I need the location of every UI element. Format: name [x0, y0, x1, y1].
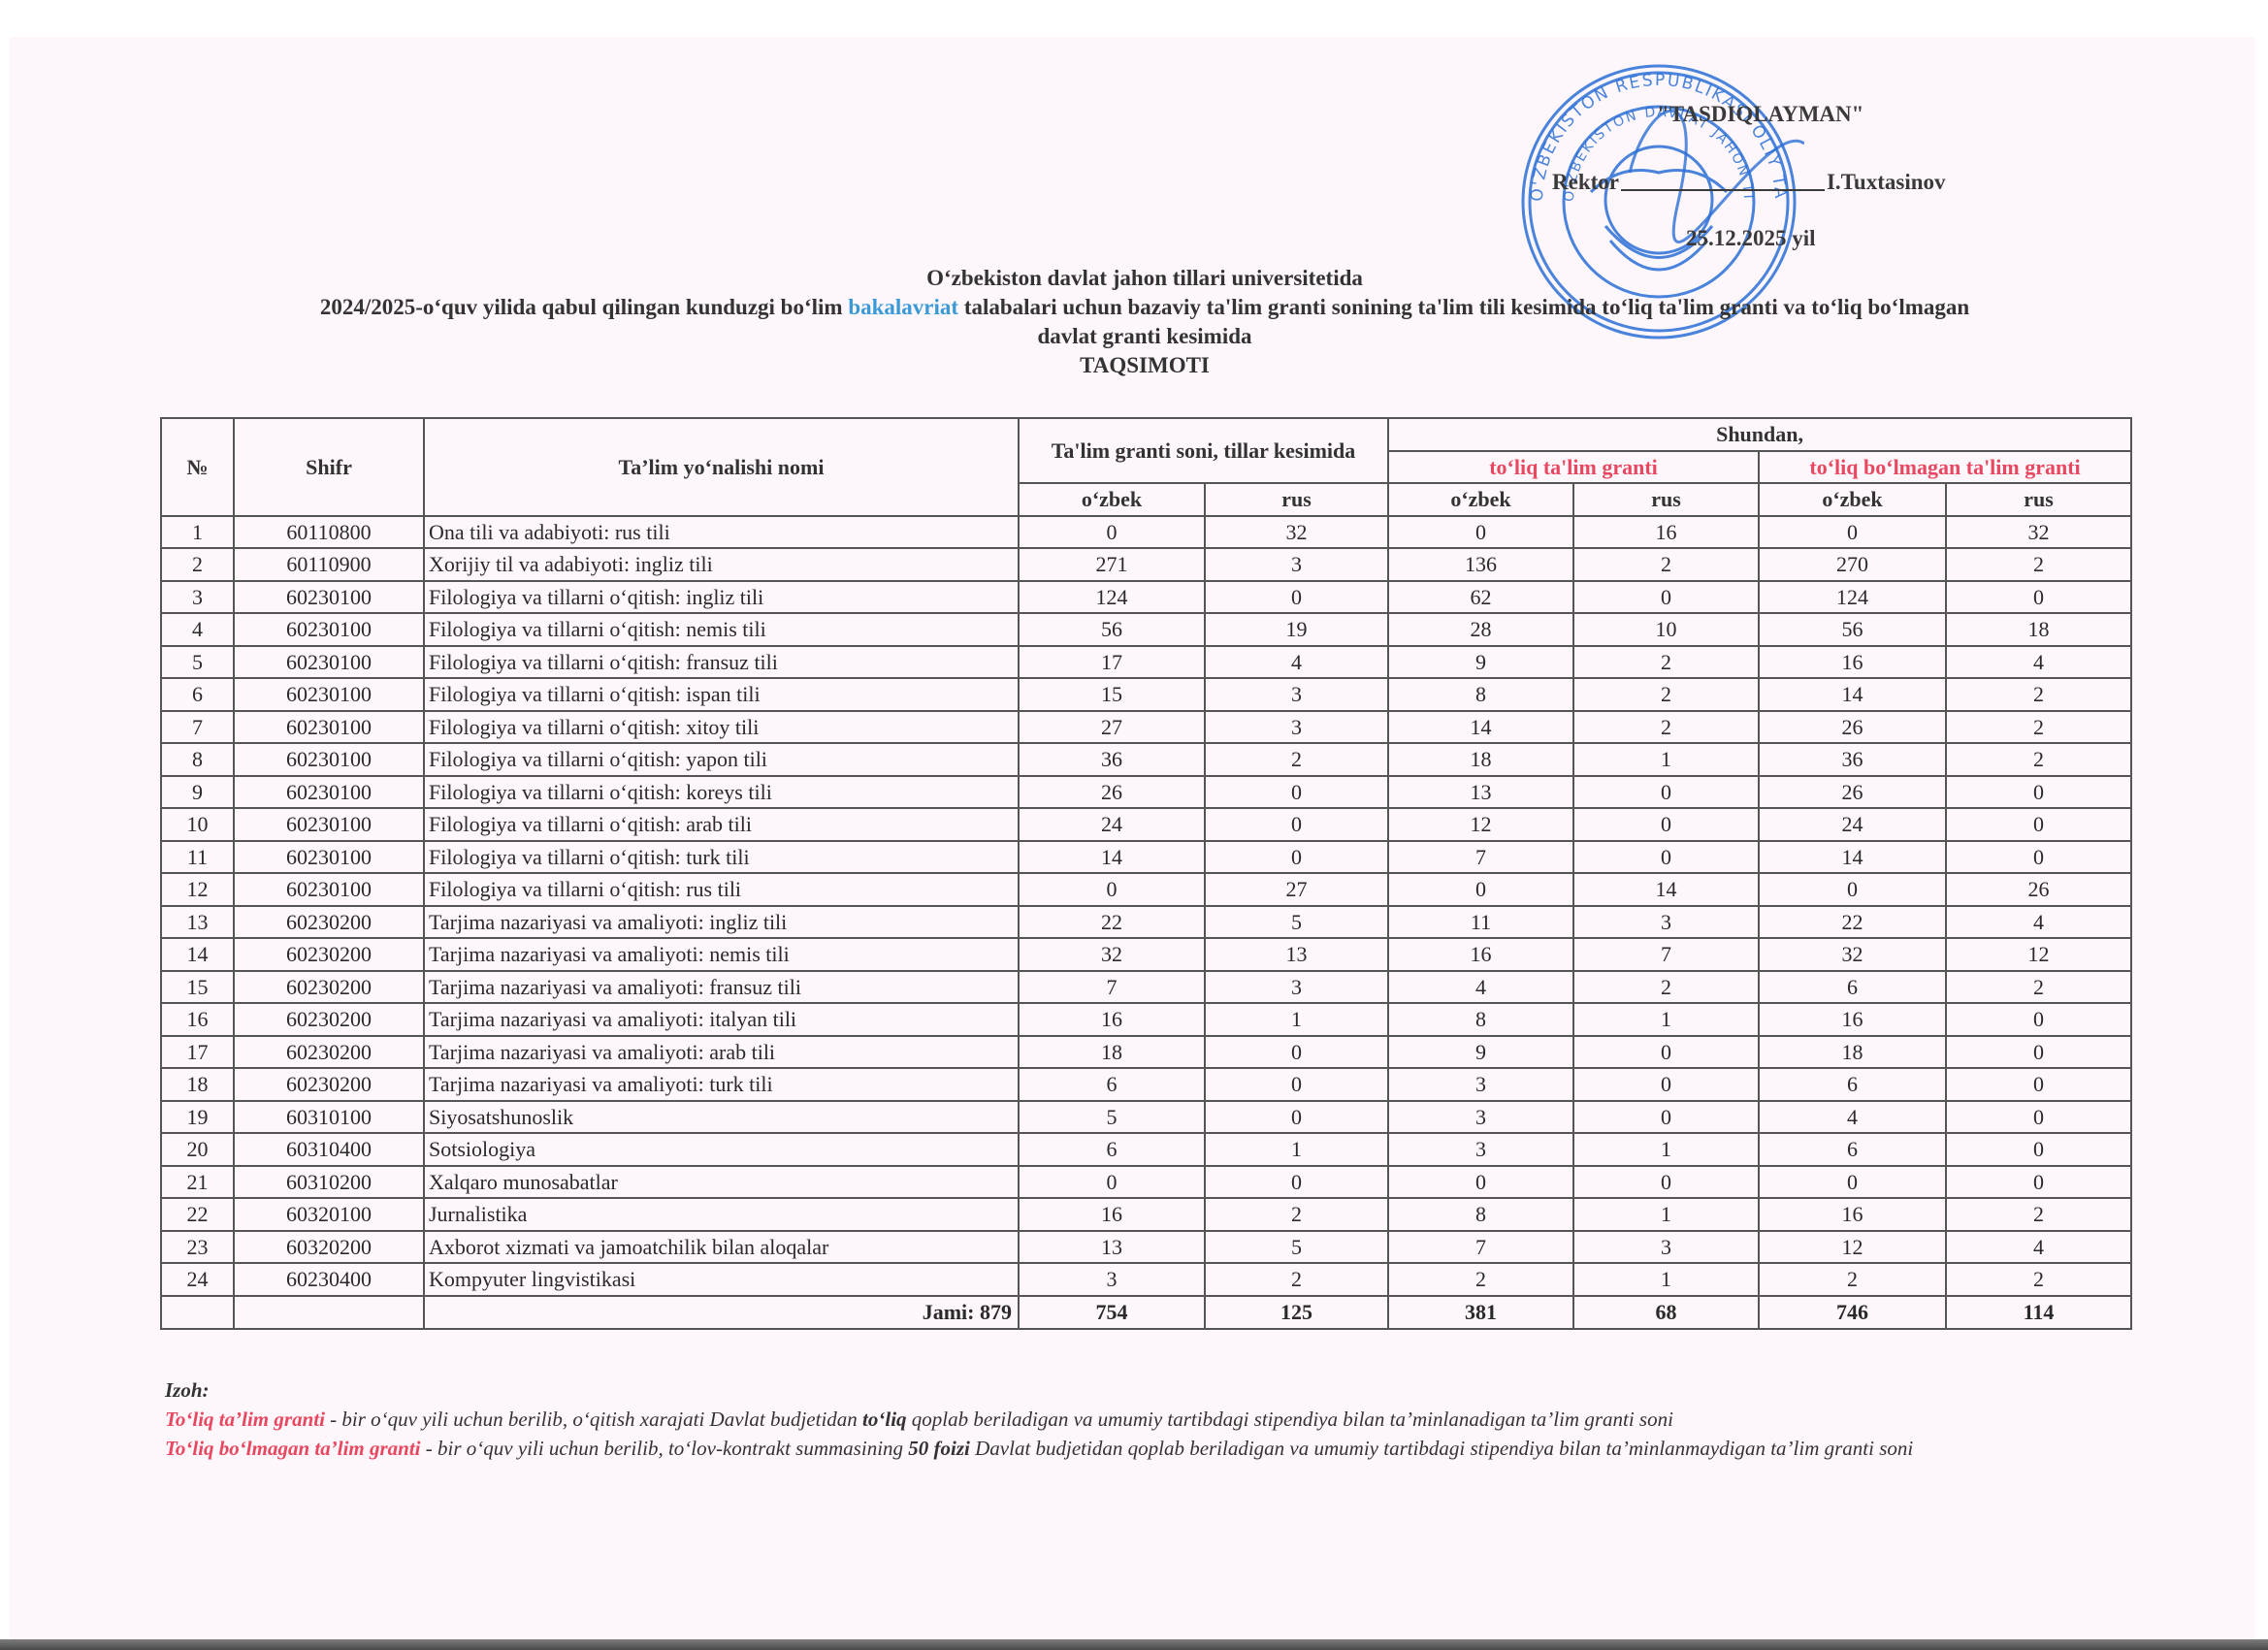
- cell-full-uz: 12: [1388, 808, 1573, 841]
- cell-tot-uz: 5: [1019, 1101, 1205, 1134]
- cell-part-ru: 0: [1946, 1036, 2131, 1069]
- table-row: 2260320100Jurnalistika16281162: [161, 1198, 2131, 1231]
- row-name: Filologiya va tillarni o‘qitish: koreys …: [424, 776, 1019, 809]
- cell-tot-ru: 0: [1205, 841, 1388, 874]
- row-num: 20: [161, 1133, 234, 1166]
- cell-part-ru: 0: [1946, 581, 2131, 614]
- cell-full-uz: 11: [1388, 906, 1573, 939]
- row-code: 60230200: [234, 1003, 424, 1036]
- row-code: 60310400: [234, 1133, 424, 1166]
- scanner-edge: [0, 1639, 2268, 1650]
- row-name: Jurnalistika: [424, 1198, 1019, 1231]
- cell-part-uz: 16: [1759, 1198, 1946, 1231]
- cell-part-uz: 4: [1759, 1101, 1946, 1134]
- cell-part-uz: 0: [1759, 873, 1946, 906]
- row-name: Tarjima nazariyasi va amaliyoti: italyan…: [424, 1003, 1019, 1036]
- header-num: №: [161, 418, 234, 516]
- cell-part-ru: 0: [1946, 1101, 2131, 1134]
- row-name: Xorijiy til va adabiyoti: ingliz tili: [424, 548, 1019, 581]
- total-row: Jami: 87975412538168746114: [161, 1296, 2131, 1329]
- total-tot-uz: 754: [1019, 1296, 1205, 1329]
- row-name: Filologiya va tillarni o‘qitish: xitoy t…: [424, 711, 1019, 744]
- table-row: 1160230100Filologiya va tillarni o‘qitis…: [161, 841, 2131, 874]
- cell-full-uz: 9: [1388, 1036, 1573, 1069]
- cell-tot-uz: 16: [1019, 1198, 1205, 1231]
- cell-tot-ru: 0: [1205, 1166, 1388, 1199]
- row-num: 9: [161, 776, 234, 809]
- grant-distribution-table: № Shifr Ta’lim yo‘nalishi nomi Ta'lim gr…: [160, 417, 2132, 1330]
- row-code: 60230100: [234, 808, 424, 841]
- cell-tot-uz: 0: [1019, 516, 1205, 549]
- cell-tot-uz: 26: [1019, 776, 1205, 809]
- total-full-ru: 68: [1573, 1296, 1759, 1329]
- table-row: 2360320200Axborot xizmati va jamoatchili…: [161, 1231, 2131, 1264]
- cell-part-ru: 2: [1946, 548, 2131, 581]
- table-row: 2060310400Sotsiologiya613160: [161, 1133, 2131, 1166]
- cell-part-ru: 26: [1946, 873, 2131, 906]
- table-row: 1060230100Filologiya va tillarni o‘qitis…: [161, 808, 2131, 841]
- row-code: 60230100: [234, 678, 424, 711]
- cell-part-ru: 0: [1946, 776, 2131, 809]
- document-heading: O‘zbekiston davlat jahon tillari univers…: [155, 264, 2134, 380]
- row-num: 12: [161, 873, 234, 906]
- cell-tot-ru: 3: [1205, 971, 1388, 1004]
- cell-full-ru: 7: [1573, 938, 1759, 971]
- cell-tot-ru: 2: [1205, 1263, 1388, 1296]
- table-row: 1660230200Tarjima nazariyasi va amaliyot…: [161, 1003, 2131, 1036]
- cell-tot-uz: 22: [1019, 906, 1205, 939]
- row-name: Filologiya va tillarni o‘qitish: arab ti…: [424, 808, 1019, 841]
- row-code: 60110800: [234, 516, 424, 549]
- approval-position: Rektor: [1552, 170, 1619, 194]
- heading-highlight: bakalavriat: [848, 295, 958, 319]
- table-row: 760230100Filologiya va tillarni o‘qitish…: [161, 711, 2131, 744]
- cell-full-uz: 3: [1388, 1101, 1573, 1134]
- cell-tot-uz: 32: [1019, 938, 1205, 971]
- row-num: 8: [161, 743, 234, 776]
- cell-full-uz: 3: [1388, 1068, 1573, 1101]
- cell-tot-ru: 4: [1205, 646, 1388, 679]
- approval-title: "TASDIQLAYMAN": [1657, 102, 1863, 127]
- cell-tot-ru: 5: [1205, 1231, 1388, 1264]
- notes-section: Izoh: To‘liq ta’lim granti - bir o‘quv y…: [165, 1375, 2144, 1463]
- cell-tot-uz: 7: [1019, 971, 1205, 1004]
- cell-part-ru: 0: [1946, 1133, 2131, 1166]
- row-name: Filologiya va tillarni o‘qitish: turk ti…: [424, 841, 1019, 874]
- cell-full-uz: 9: [1388, 646, 1573, 679]
- row-code: 60230100: [234, 841, 424, 874]
- cell-part-ru: 2: [1946, 971, 2131, 1004]
- cell-tot-ru: 0: [1205, 776, 1388, 809]
- note-partial-text-2: Davlat budjetidan qoplab beriladigan va …: [970, 1437, 1913, 1460]
- cell-full-uz: 136: [1388, 548, 1573, 581]
- row-name: Tarjima nazariyasi va amaliyoti: arab ti…: [424, 1036, 1019, 1069]
- row-num: 3: [161, 581, 234, 614]
- cell-tot-uz: 17: [1019, 646, 1205, 679]
- table-row: 2460230400Kompyuter lingvistikasi322122: [161, 1263, 2131, 1296]
- cell-part-ru: 0: [1946, 808, 2131, 841]
- cell-full-uz: 13: [1388, 776, 1573, 809]
- cell-part-uz: 24: [1759, 808, 1946, 841]
- row-code: 60110900: [234, 548, 424, 581]
- cell-part-ru: 2: [1946, 678, 2131, 711]
- total-label: Jami: 879: [424, 1296, 1019, 1329]
- row-num: 13: [161, 906, 234, 939]
- header-partial-uz: o‘zbek: [1759, 483, 1946, 516]
- cell-tot-ru: 2: [1205, 743, 1388, 776]
- cell-full-ru: 10: [1573, 613, 1759, 646]
- cell-full-ru: 0: [1573, 1101, 1759, 1134]
- table-row: 1760230200Tarjima nazariyasi va amaliyot…: [161, 1036, 2131, 1069]
- cell-full-uz: 7: [1388, 841, 1573, 874]
- row-name: Tarjima nazariyasi va amaliyoti: turk ti…: [424, 1068, 1019, 1101]
- cell-full-uz: 0: [1388, 1166, 1573, 1199]
- cell-tot-uz: 14: [1019, 841, 1205, 874]
- header-partial-ru: rus: [1946, 483, 2131, 516]
- row-code: 60230200: [234, 906, 424, 939]
- table-row: 860230100Filologiya va tillarni o‘qitish…: [161, 743, 2131, 776]
- row-code: 60320200: [234, 1231, 424, 1264]
- cell-tot-uz: 27: [1019, 711, 1205, 744]
- row-name: Sotsiologiya: [424, 1133, 1019, 1166]
- row-num: 10: [161, 808, 234, 841]
- cell-full-ru: 16: [1573, 516, 1759, 549]
- row-num: 21: [161, 1166, 234, 1199]
- row-num: 11: [161, 841, 234, 874]
- notes-title: Izoh:: [165, 1375, 2144, 1405]
- cell-tot-ru: 5: [1205, 906, 1388, 939]
- cell-full-uz: 4: [1388, 971, 1573, 1004]
- cell-tot-ru: 32: [1205, 516, 1388, 549]
- row-name: Filologiya va tillarni o‘qitish: rus til…: [424, 873, 1019, 906]
- row-num: 15: [161, 971, 234, 1004]
- heading-line-2: 2024/2025-o‘quv yilida qabul qilingan ku…: [155, 293, 2134, 322]
- note-full-text-1: - bir o‘quv yili uchun berilib, o‘qitish…: [325, 1407, 862, 1431]
- cell-tot-uz: 0: [1019, 873, 1205, 906]
- table-row: 1360230200Tarjima nazariyasi va amaliyot…: [161, 906, 2131, 939]
- cell-tot-uz: 24: [1019, 808, 1205, 841]
- header-full-ru: rus: [1573, 483, 1759, 516]
- cell-full-ru: 0: [1573, 1068, 1759, 1101]
- cell-part-uz: 0: [1759, 1166, 1946, 1199]
- cell-part-ru: 0: [1946, 1068, 2131, 1101]
- cell-full-uz: 3: [1388, 1133, 1573, 1166]
- cell-part-uz: 22: [1759, 906, 1946, 939]
- table-row: 1460230200Tarjima nazariyasi va amaliyot…: [161, 938, 2131, 971]
- row-code: 60310200: [234, 1166, 424, 1199]
- table-row: 360230100Filologiya va tillarni o‘qitish…: [161, 581, 2131, 614]
- cell-part-uz: 26: [1759, 711, 1946, 744]
- cell-tot-ru: 1: [1205, 1003, 1388, 1036]
- row-name: Tarjima nazariyasi va amaliyoti: fransuz…: [424, 971, 1019, 1004]
- cell-full-ru: 2: [1573, 548, 1759, 581]
- cell-tot-uz: 56: [1019, 613, 1205, 646]
- cell-part-ru: 0: [1946, 841, 2131, 874]
- cell-full-uz: 0: [1388, 873, 1573, 906]
- note-full-bold: to‘liq: [862, 1407, 907, 1431]
- cell-full-uz: 16: [1388, 938, 1573, 971]
- cell-full-uz: 28: [1388, 613, 1573, 646]
- cell-part-ru: 12: [1946, 938, 2131, 971]
- cell-tot-ru: 0: [1205, 1068, 1388, 1101]
- cell-tot-uz: 271: [1019, 548, 1205, 581]
- row-code: 60310100: [234, 1101, 424, 1134]
- cell-full-uz: 2: [1388, 1263, 1573, 1296]
- header-partial-grant: to‘liq bo‘lmagan ta'lim granti: [1759, 451, 2131, 484]
- cell-part-ru: 4: [1946, 1231, 2131, 1264]
- row-code: 60230200: [234, 938, 424, 971]
- row-code: 60230100: [234, 743, 424, 776]
- table-row: 560230100Filologiya va tillarni o‘qitish…: [161, 646, 2131, 679]
- signature-line: [1621, 189, 1825, 191]
- cell-part-uz: 14: [1759, 841, 1946, 874]
- row-code: 60230200: [234, 1036, 424, 1069]
- cell-tot-uz: 3: [1019, 1263, 1205, 1296]
- row-name: Kompyuter lingvistikasi: [424, 1263, 1019, 1296]
- cell-full-uz: 8: [1388, 1198, 1573, 1231]
- cell-full-uz: 8: [1388, 678, 1573, 711]
- cell-full-ru: 1: [1573, 1133, 1759, 1166]
- cell-full-uz: 18: [1388, 743, 1573, 776]
- cell-part-uz: 36: [1759, 743, 1946, 776]
- cell-tot-ru: 2: [1205, 1198, 1388, 1231]
- table-row: 960230100Filologiya va tillarni o‘qitish…: [161, 776, 2131, 809]
- cell-full-ru: 2: [1573, 971, 1759, 1004]
- row-code: 60230100: [234, 613, 424, 646]
- note-partial-grant: To‘liq bo‘lmagan ta’lim granti - bir o‘q…: [165, 1434, 2144, 1463]
- table-row: 1960310100Siyosatshunoslik503040: [161, 1101, 2131, 1134]
- cell-part-uz: 6: [1759, 1133, 1946, 1166]
- table-row: 460230100Filologiya va tillarni o‘qitish…: [161, 613, 2131, 646]
- cell-part-ru: 4: [1946, 906, 2131, 939]
- cell-tot-ru: 13: [1205, 938, 1388, 971]
- row-num: 7: [161, 711, 234, 744]
- row-num: 5: [161, 646, 234, 679]
- table-row: 660230100Filologiya va tillarni o‘qitish…: [161, 678, 2131, 711]
- cell-tot-ru: 1: [1205, 1133, 1388, 1166]
- note-full-text-2: qoplab beriladigan va umumiy tartibdagi …: [907, 1407, 1673, 1431]
- cell-part-ru: 2: [1946, 743, 2131, 776]
- cell-tot-uz: 13: [1019, 1231, 1205, 1264]
- cell-full-ru: 3: [1573, 906, 1759, 939]
- cell-tot-uz: 6: [1019, 1068, 1205, 1101]
- cell-full-uz: 7: [1388, 1231, 1573, 1264]
- header-full-grant: to‘liq ta'lim granti: [1388, 451, 1759, 484]
- heading-line-4: TAQSIMOTI: [155, 351, 2134, 380]
- table-row: 260110900Xorijiy til va adabiyoti: ingli…: [161, 548, 2131, 581]
- row-name: Tarjima nazariyasi va amaliyoti: nemis t…: [424, 938, 1019, 971]
- cell-full-ru: 14: [1573, 873, 1759, 906]
- cell-full-ru: 2: [1573, 678, 1759, 711]
- header-name: Ta’lim yo‘nalishi nomi: [424, 418, 1019, 516]
- cell-part-uz: 6: [1759, 1068, 1946, 1101]
- row-code: 60230100: [234, 711, 424, 744]
- header-full-uz: o‘zbek: [1388, 483, 1573, 516]
- heading-line-2-start: 2024/2025-o‘quv yilida qabul qilingan ku…: [320, 295, 849, 319]
- cell-tot-ru: 0: [1205, 808, 1388, 841]
- row-num: 6: [161, 678, 234, 711]
- heading-line-3: davlat granti kesimida: [155, 322, 2134, 351]
- row-num: 14: [161, 938, 234, 971]
- cell-part-ru: 2: [1946, 1263, 2131, 1296]
- empty-cell: [161, 1296, 234, 1329]
- row-num: 1: [161, 516, 234, 549]
- note-partial-bold: 50 foizi: [908, 1437, 970, 1460]
- cell-tot-ru: 0: [1205, 1036, 1388, 1069]
- total-part-ru: 114: [1946, 1296, 2131, 1329]
- cell-full-ru: 2: [1573, 711, 1759, 744]
- approval-date: 25.12.2025 yil: [1686, 226, 1816, 251]
- cell-part-ru: 0: [1946, 1166, 2131, 1199]
- cell-full-ru: 2: [1573, 646, 1759, 679]
- header-of-which: Shundan,: [1388, 418, 2131, 451]
- row-name: Ona tili va adabiyoti: rus tili: [424, 516, 1019, 549]
- cell-full-ru: 1: [1573, 1003, 1759, 1036]
- row-code: 60230100: [234, 581, 424, 614]
- cell-full-ru: 0: [1573, 841, 1759, 874]
- cell-full-ru: 3: [1573, 1231, 1759, 1264]
- cell-tot-ru: 0: [1205, 581, 1388, 614]
- cell-part-ru: 0: [1946, 1003, 2131, 1036]
- row-code: 60230100: [234, 646, 424, 679]
- cell-full-uz: 8: [1388, 1003, 1573, 1036]
- cell-tot-ru: 3: [1205, 548, 1388, 581]
- empty-cell: [234, 1296, 424, 1329]
- row-code: 60320100: [234, 1198, 424, 1231]
- row-num: 4: [161, 613, 234, 646]
- table-row: 1860230200Tarjima nazariyasi va amaliyot…: [161, 1068, 2131, 1101]
- cell-part-ru: 32: [1946, 516, 2131, 549]
- row-code: 60230100: [234, 776, 424, 809]
- cell-part-uz: 18: [1759, 1036, 1946, 1069]
- cell-part-uz: 6: [1759, 971, 1946, 1004]
- cell-part-uz: 16: [1759, 646, 1946, 679]
- table-row: 1260230100Filologiya va tillarni o‘qitis…: [161, 873, 2131, 906]
- cell-full-uz: 62: [1388, 581, 1573, 614]
- header-code: Shifr: [234, 418, 424, 516]
- row-num: 18: [161, 1068, 234, 1101]
- table-row: 1560230200Tarjima nazariyasi va amaliyot…: [161, 971, 2131, 1004]
- row-name: Filologiya va tillarni o‘qitish: nemis t…: [424, 613, 1019, 646]
- cell-tot-uz: 36: [1019, 743, 1205, 776]
- cell-tot-uz: 15: [1019, 678, 1205, 711]
- cell-part-uz: 26: [1759, 776, 1946, 809]
- cell-full-ru: 1: [1573, 743, 1759, 776]
- header-total-group: Ta'lim granti soni, tillar kesimida: [1019, 418, 1388, 483]
- total-tot-ru: 125: [1205, 1296, 1388, 1329]
- row-num: 22: [161, 1198, 234, 1231]
- cell-tot-uz: 18: [1019, 1036, 1205, 1069]
- row-name: Filologiya va tillarni o‘qitish: yapon t…: [424, 743, 1019, 776]
- cell-tot-ru: 27: [1205, 873, 1388, 906]
- cell-tot-ru: 19: [1205, 613, 1388, 646]
- cell-full-ru: 1: [1573, 1198, 1759, 1231]
- cell-tot-uz: 6: [1019, 1133, 1205, 1166]
- cell-part-ru: 2: [1946, 1198, 2131, 1231]
- cell-part-uz: 2: [1759, 1263, 1946, 1296]
- cell-part-ru: 18: [1946, 613, 2131, 646]
- cell-tot-ru: 0: [1205, 1101, 1388, 1134]
- cell-tot-uz: 0: [1019, 1166, 1205, 1199]
- cell-full-ru: 0: [1573, 1166, 1759, 1199]
- heading-line-1: O‘zbekiston davlat jahon tillari univers…: [155, 264, 2134, 293]
- row-name: Xalqaro munosabatlar: [424, 1166, 1019, 1199]
- header-total-ru: rus: [1205, 483, 1388, 516]
- row-num: 16: [161, 1003, 234, 1036]
- row-code: 60230100: [234, 873, 424, 906]
- row-name: Axborot xizmati va jamoatchilik bilan al…: [424, 1231, 1019, 1264]
- table-row: 160110800Ona tili va adabiyoti: rus tili…: [161, 516, 2131, 549]
- heading-line-2-end: talabalari uchun bazaviy ta'lim granti s…: [958, 295, 1969, 319]
- cell-full-ru: 0: [1573, 776, 1759, 809]
- row-name: Tarjima nazariyasi va amaliyoti: ingliz …: [424, 906, 1019, 939]
- row-name: Filologiya va tillarni o‘qitish: ispan t…: [424, 678, 1019, 711]
- cell-part-uz: 14: [1759, 678, 1946, 711]
- row-num: 2: [161, 548, 234, 581]
- cell-part-uz: 16: [1759, 1003, 1946, 1036]
- cell-part-uz: 124: [1759, 581, 1946, 614]
- total-full-uz: 381: [1388, 1296, 1573, 1329]
- header-total-uz: o‘zbek: [1019, 483, 1205, 516]
- note-full-term: To‘liq ta’lim granti: [165, 1407, 325, 1431]
- table-row: 2160310200Xalqaro munosabatlar000000: [161, 1166, 2131, 1199]
- cell-full-uz: 14: [1388, 711, 1573, 744]
- approval-name: I.Tuxtasinov: [1827, 170, 1946, 194]
- cell-part-uz: 0: [1759, 516, 1946, 549]
- cell-tot-ru: 3: [1205, 678, 1388, 711]
- row-code: 60230400: [234, 1263, 424, 1296]
- cell-tot-uz: 16: [1019, 1003, 1205, 1036]
- cell-full-uz: 0: [1388, 516, 1573, 549]
- row-num: 23: [161, 1231, 234, 1264]
- cell-tot-uz: 124: [1019, 581, 1205, 614]
- total-part-uz: 746: [1759, 1296, 1946, 1329]
- cell-full-ru: 0: [1573, 581, 1759, 614]
- cell-part-uz: 32: [1759, 938, 1946, 971]
- note-partial-term: To‘liq bo‘lmagan ta’lim granti: [165, 1437, 421, 1460]
- row-num: 24: [161, 1263, 234, 1296]
- row-name: Filologiya va tillarni o‘qitish: fransuz…: [424, 646, 1019, 679]
- cell-full-ru: 0: [1573, 808, 1759, 841]
- cell-part-uz: 56: [1759, 613, 1946, 646]
- row-name: Filologiya va tillarni o‘qitish: ingliz …: [424, 581, 1019, 614]
- cell-tot-ru: 3: [1205, 711, 1388, 744]
- cell-part-ru: 4: [1946, 646, 2131, 679]
- row-code: 60230200: [234, 971, 424, 1004]
- cell-part-ru: 2: [1946, 711, 2131, 744]
- cell-part-uz: 12: [1759, 1231, 1946, 1264]
- approval-signature-line: RektorI.Tuxtasinov: [1552, 170, 1946, 195]
- cell-full-ru: 1: [1573, 1263, 1759, 1296]
- row-name: Siyosatshunoslik: [424, 1101, 1019, 1134]
- row-code: 60230200: [234, 1068, 424, 1101]
- cell-part-uz: 270: [1759, 548, 1946, 581]
- note-partial-text-1: - bir o‘quv yili uchun berilib, to‘lov-k…: [421, 1437, 909, 1460]
- cell-full-ru: 0: [1573, 1036, 1759, 1069]
- note-full-grant: To‘liq ta’lim granti - bir o‘quv yili uc…: [165, 1405, 2144, 1434]
- row-num: 17: [161, 1036, 234, 1069]
- row-num: 19: [161, 1101, 234, 1134]
